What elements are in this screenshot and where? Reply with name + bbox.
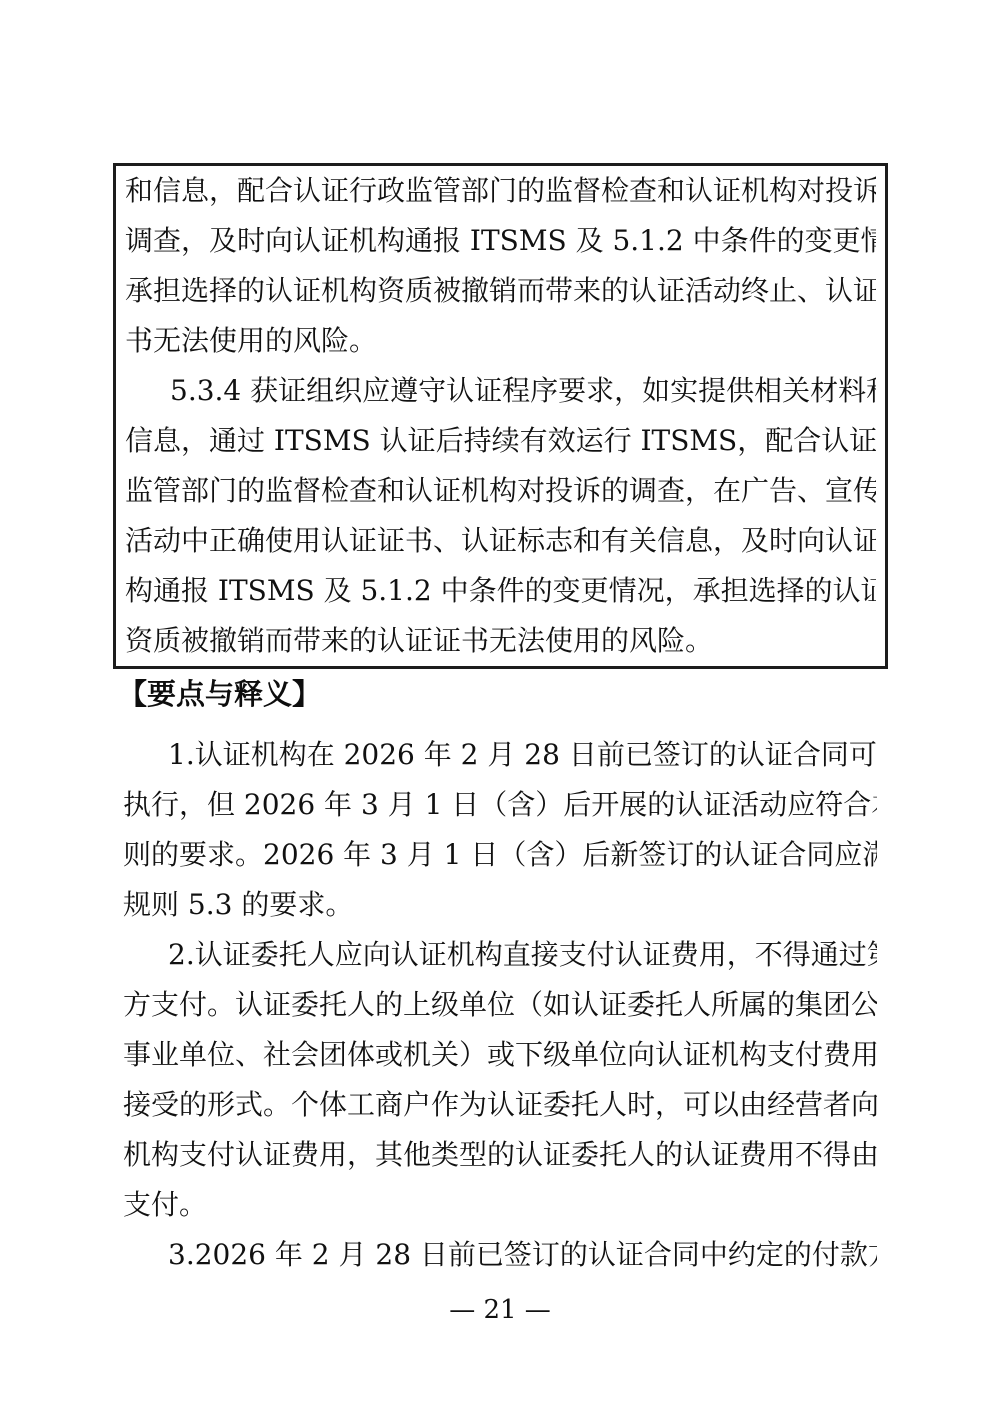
- note-line: 承担选择的认证机构资质被撤销而带来的认证活动终止、认证证: [125, 266, 876, 316]
- section-heading: 【要点与释义】: [118, 676, 321, 712]
- paragraph-line: 3.2026 年 2 月 28 日前已签订的认证合同中约定的付款方式不满: [123, 1230, 877, 1280]
- paragraph-line: 执行，但 2026 年 3 月 1 日（含）后开展的认证活动应符合本规: [123, 780, 877, 830]
- note-line: 5.3.4 获证组织应遵守认证程序要求，如实提供相关材料和: [125, 366, 876, 416]
- note-line: 调查，及时向认证机构通报 ITSMS 及 5.1.2 中条件的变更情况，: [125, 216, 876, 266]
- page-number: — 21 —: [0, 1293, 1000, 1327]
- note-line: 和信息，配合认证行政监管部门的监督检查和认证机构对投诉的: [125, 166, 876, 216]
- paragraph-line: 规则 5.3 的要求。: [123, 880, 877, 930]
- note-line: 书无法使用的风险。: [125, 316, 876, 366]
- key-points-body: 1.认证机构在 2026 年 2 月 28 日前已签订的认证合同可继续 执行，但…: [123, 730, 877, 1280]
- paragraph-line: 机构支付认证费用，其他类型的认证委托人的认证费用不得由个人: [123, 1130, 877, 1180]
- note-line: 监管部门的监督检查和认证机构对投诉的调查，在广告、宣传等: [125, 466, 876, 516]
- note-line: 构通报 ITSMS 及 5.1.2 中条件的变更情况，承担选择的认证机构: [125, 566, 876, 616]
- document-page: 和信息，配合认证行政监管部门的监督检查和认证机构对投诉的 调查，及时向认证机构通…: [0, 0, 1000, 1414]
- boxed-note: 和信息，配合认证行政监管部门的监督检查和认证机构对投诉的 调查，及时向认证机构通…: [113, 163, 888, 669]
- note-line: 资质被撤销而带来的认证证书无法使用的风险。: [125, 616, 876, 666]
- paragraph-line: 事业单位、社会团体或机关）或下级单位向认证机构支付费用是可: [123, 1030, 877, 1080]
- paragraph-line: 则的要求。2026 年 3 月 1 日（含）后新签订的认证合同应满足本: [123, 830, 877, 880]
- note-line: 信息，通过 ITSMS 认证后持续有效运行 ITSMS，配合认证行政: [125, 416, 876, 466]
- note-line: 活动中正确使用认证证书、认证标志和有关信息，及时向认证机: [125, 516, 876, 566]
- paragraph-line: 1.认证机构在 2026 年 2 月 28 日前已签订的认证合同可继续: [123, 730, 877, 780]
- paragraph-line: 支付。: [123, 1180, 877, 1230]
- paragraph-line: 方支付。认证委托人的上级单位（如认证委托人所属的集团公司、: [123, 980, 877, 1030]
- paragraph-line: 接受的形式。个体工商户作为认证委托人时，可以由经营者向认证: [123, 1080, 877, 1130]
- paragraph-line: 2.认证委托人应向认证机构直接支付认证费用，不得通过第三: [123, 930, 877, 980]
